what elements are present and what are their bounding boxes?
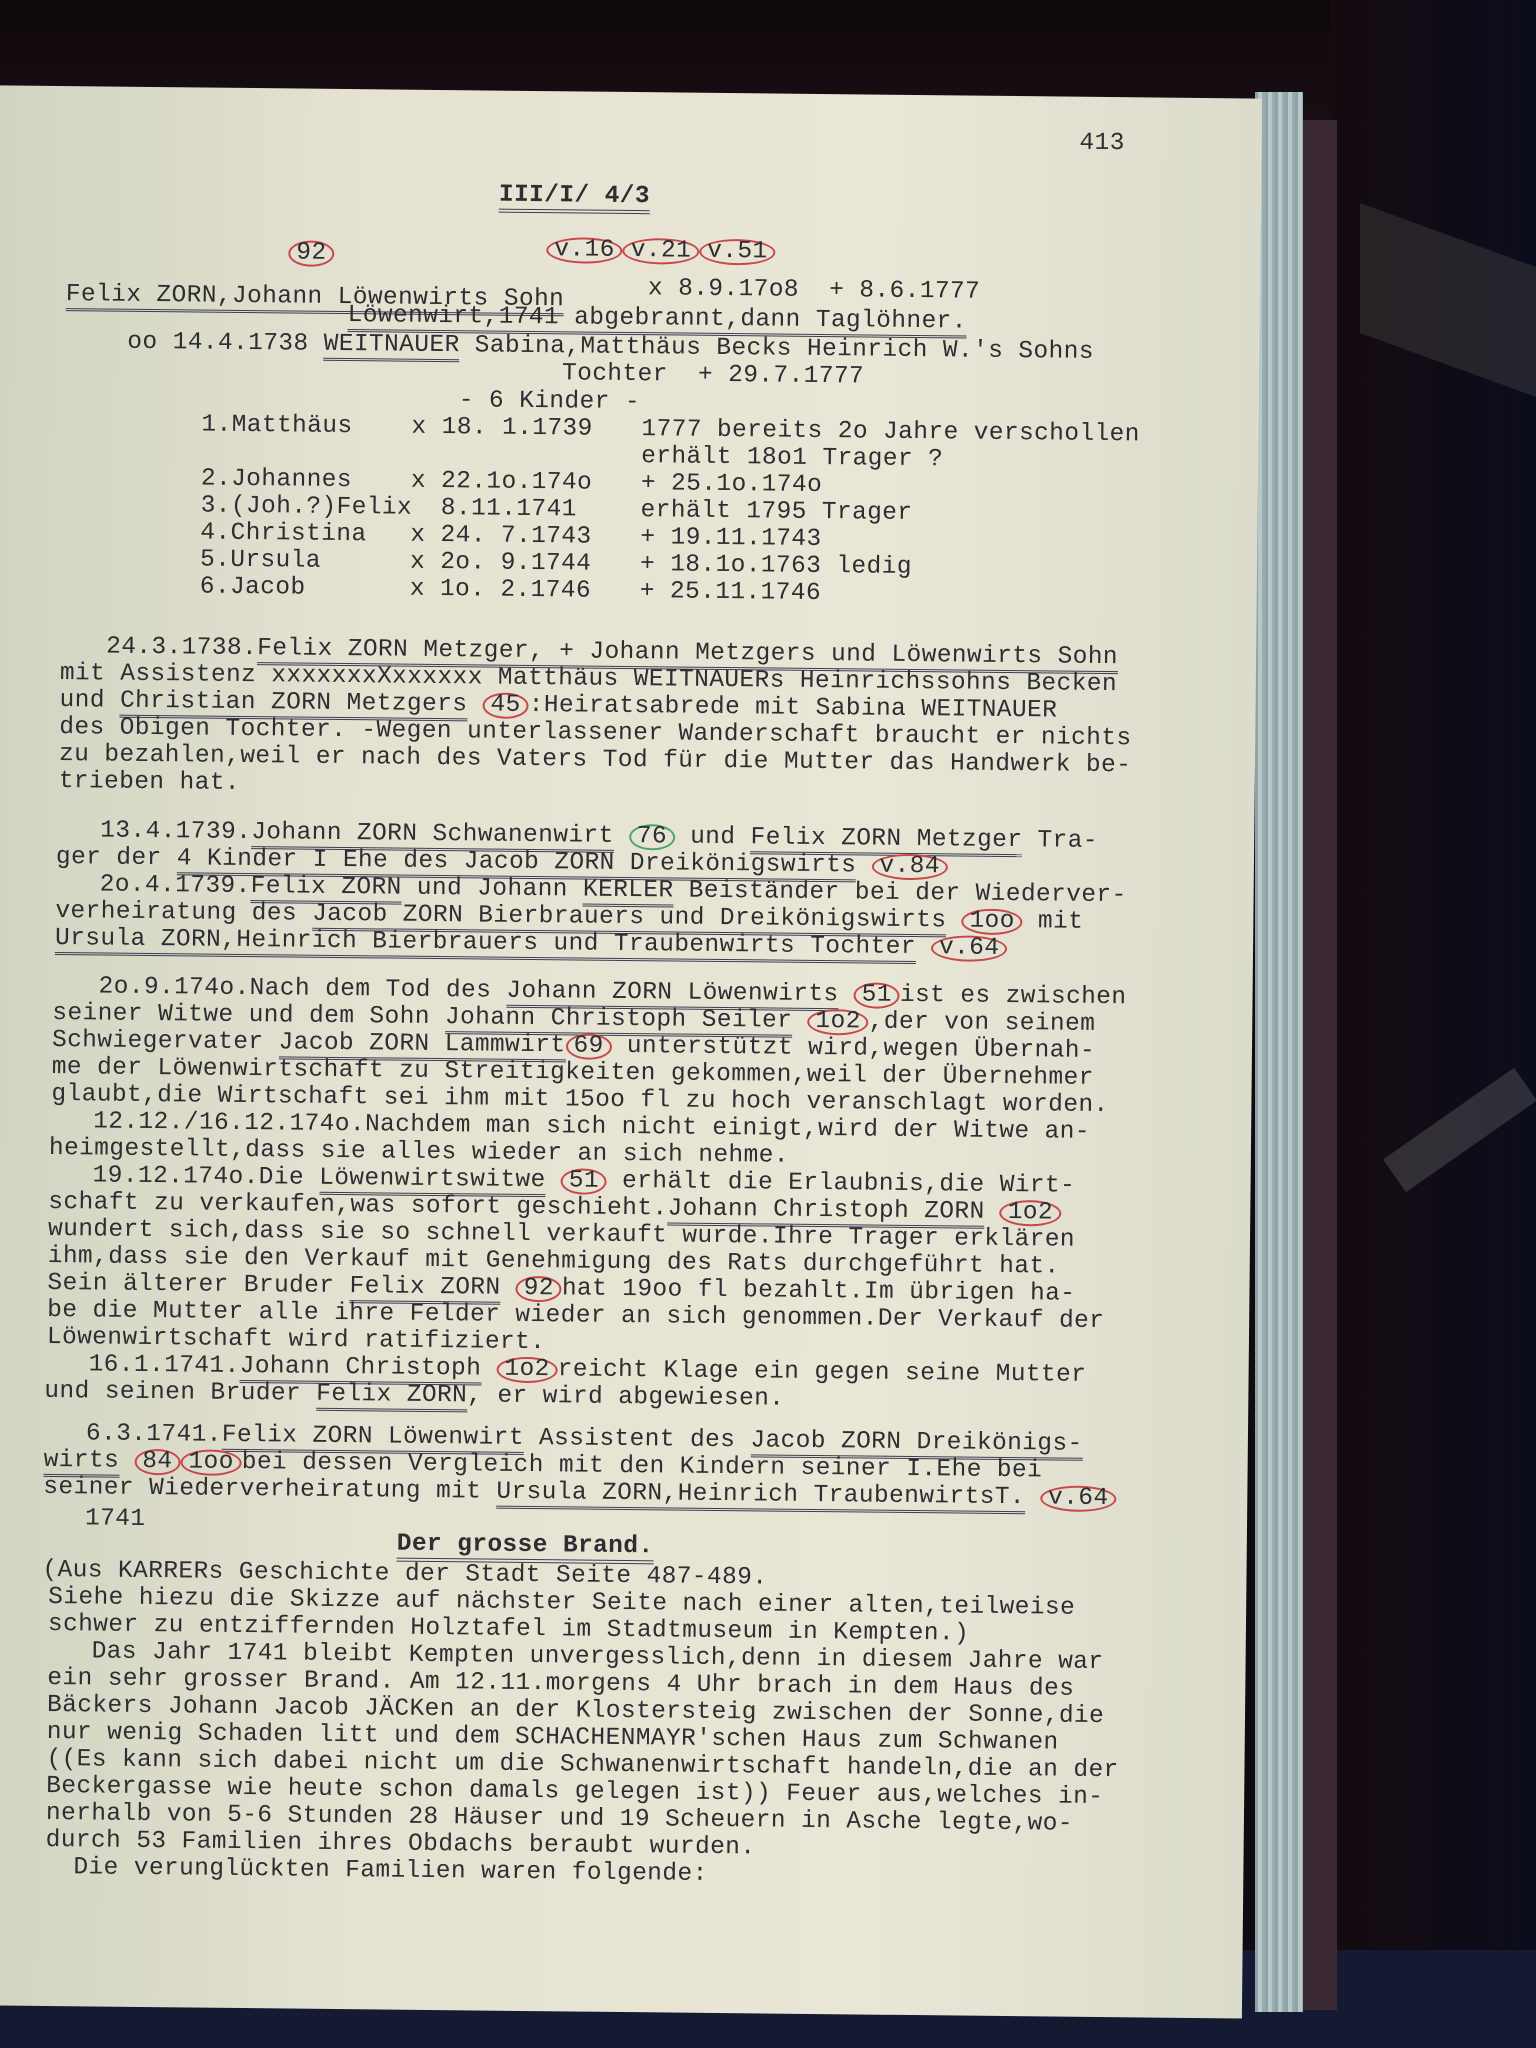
child-born: x 1o. 2.1746 <box>410 577 591 605</box>
fire-year: 1741 <box>85 1506 146 1533</box>
cross-references: v.16v.21v.51 <box>546 237 776 265</box>
fire-title: Der grosse Brand. <box>397 1532 654 1561</box>
child-name: 6.Jacob <box>200 575 306 602</box>
child-born: x 24. 7.1743 <box>410 523 591 551</box>
child-note: + 19.11.1743 <box>640 525 821 553</box>
child-note: erhält 18o1 Trager ? <box>641 444 943 473</box>
header-occupation: Löwenwirt,1741 abgebrannt,dann Taglöhner… <box>348 303 967 335</box>
child-note: erhält 1795 Trager <box>640 498 912 527</box>
page-number: 413 <box>1079 131 1125 157</box>
child-note: + 18.1o.1763 ledig <box>640 552 912 581</box>
child-born: x 22.1o.174o <box>411 469 592 497</box>
header-dates: x 8.9.17o8 + 8.6.1777 <box>648 276 981 305</box>
child-born: x 2o. 9.1744 <box>410 550 591 578</box>
book-page-edges <box>1255 92 1303 2012</box>
section-ref: III/I/ 4/3 <box>499 183 650 211</box>
person-number: 92 <box>288 240 334 266</box>
typewritten-text: 413 III/I/ 4/3 92 v.16v.21v.51 Felix ZOR… <box>0 85 1262 2018</box>
child-name: 2.Johannes <box>201 467 352 495</box>
child-name: 1.Matthäus <box>201 413 352 441</box>
child-name: 5.Ursula <box>200 548 321 575</box>
child-note: + 25.11.1746 <box>640 579 821 607</box>
document-page: 413 III/I/ 4/3 92 v.16v.21v.51 Felix ZOR… <box>0 85 1262 2018</box>
child-name: 3.(Joh.?)Felix <box>200 494 412 522</box>
child-born: x 18. 1.1739 <box>411 415 592 443</box>
children-heading: - 6 Kinder - <box>459 388 640 416</box>
child-born: 8.11.1741 <box>410 496 576 524</box>
header-spouse-line2: Tochter + 29.7.1777 <box>562 361 864 390</box>
child-note: + 25.1o.174o <box>641 471 822 499</box>
child-name: 4.Christina <box>200 521 366 549</box>
